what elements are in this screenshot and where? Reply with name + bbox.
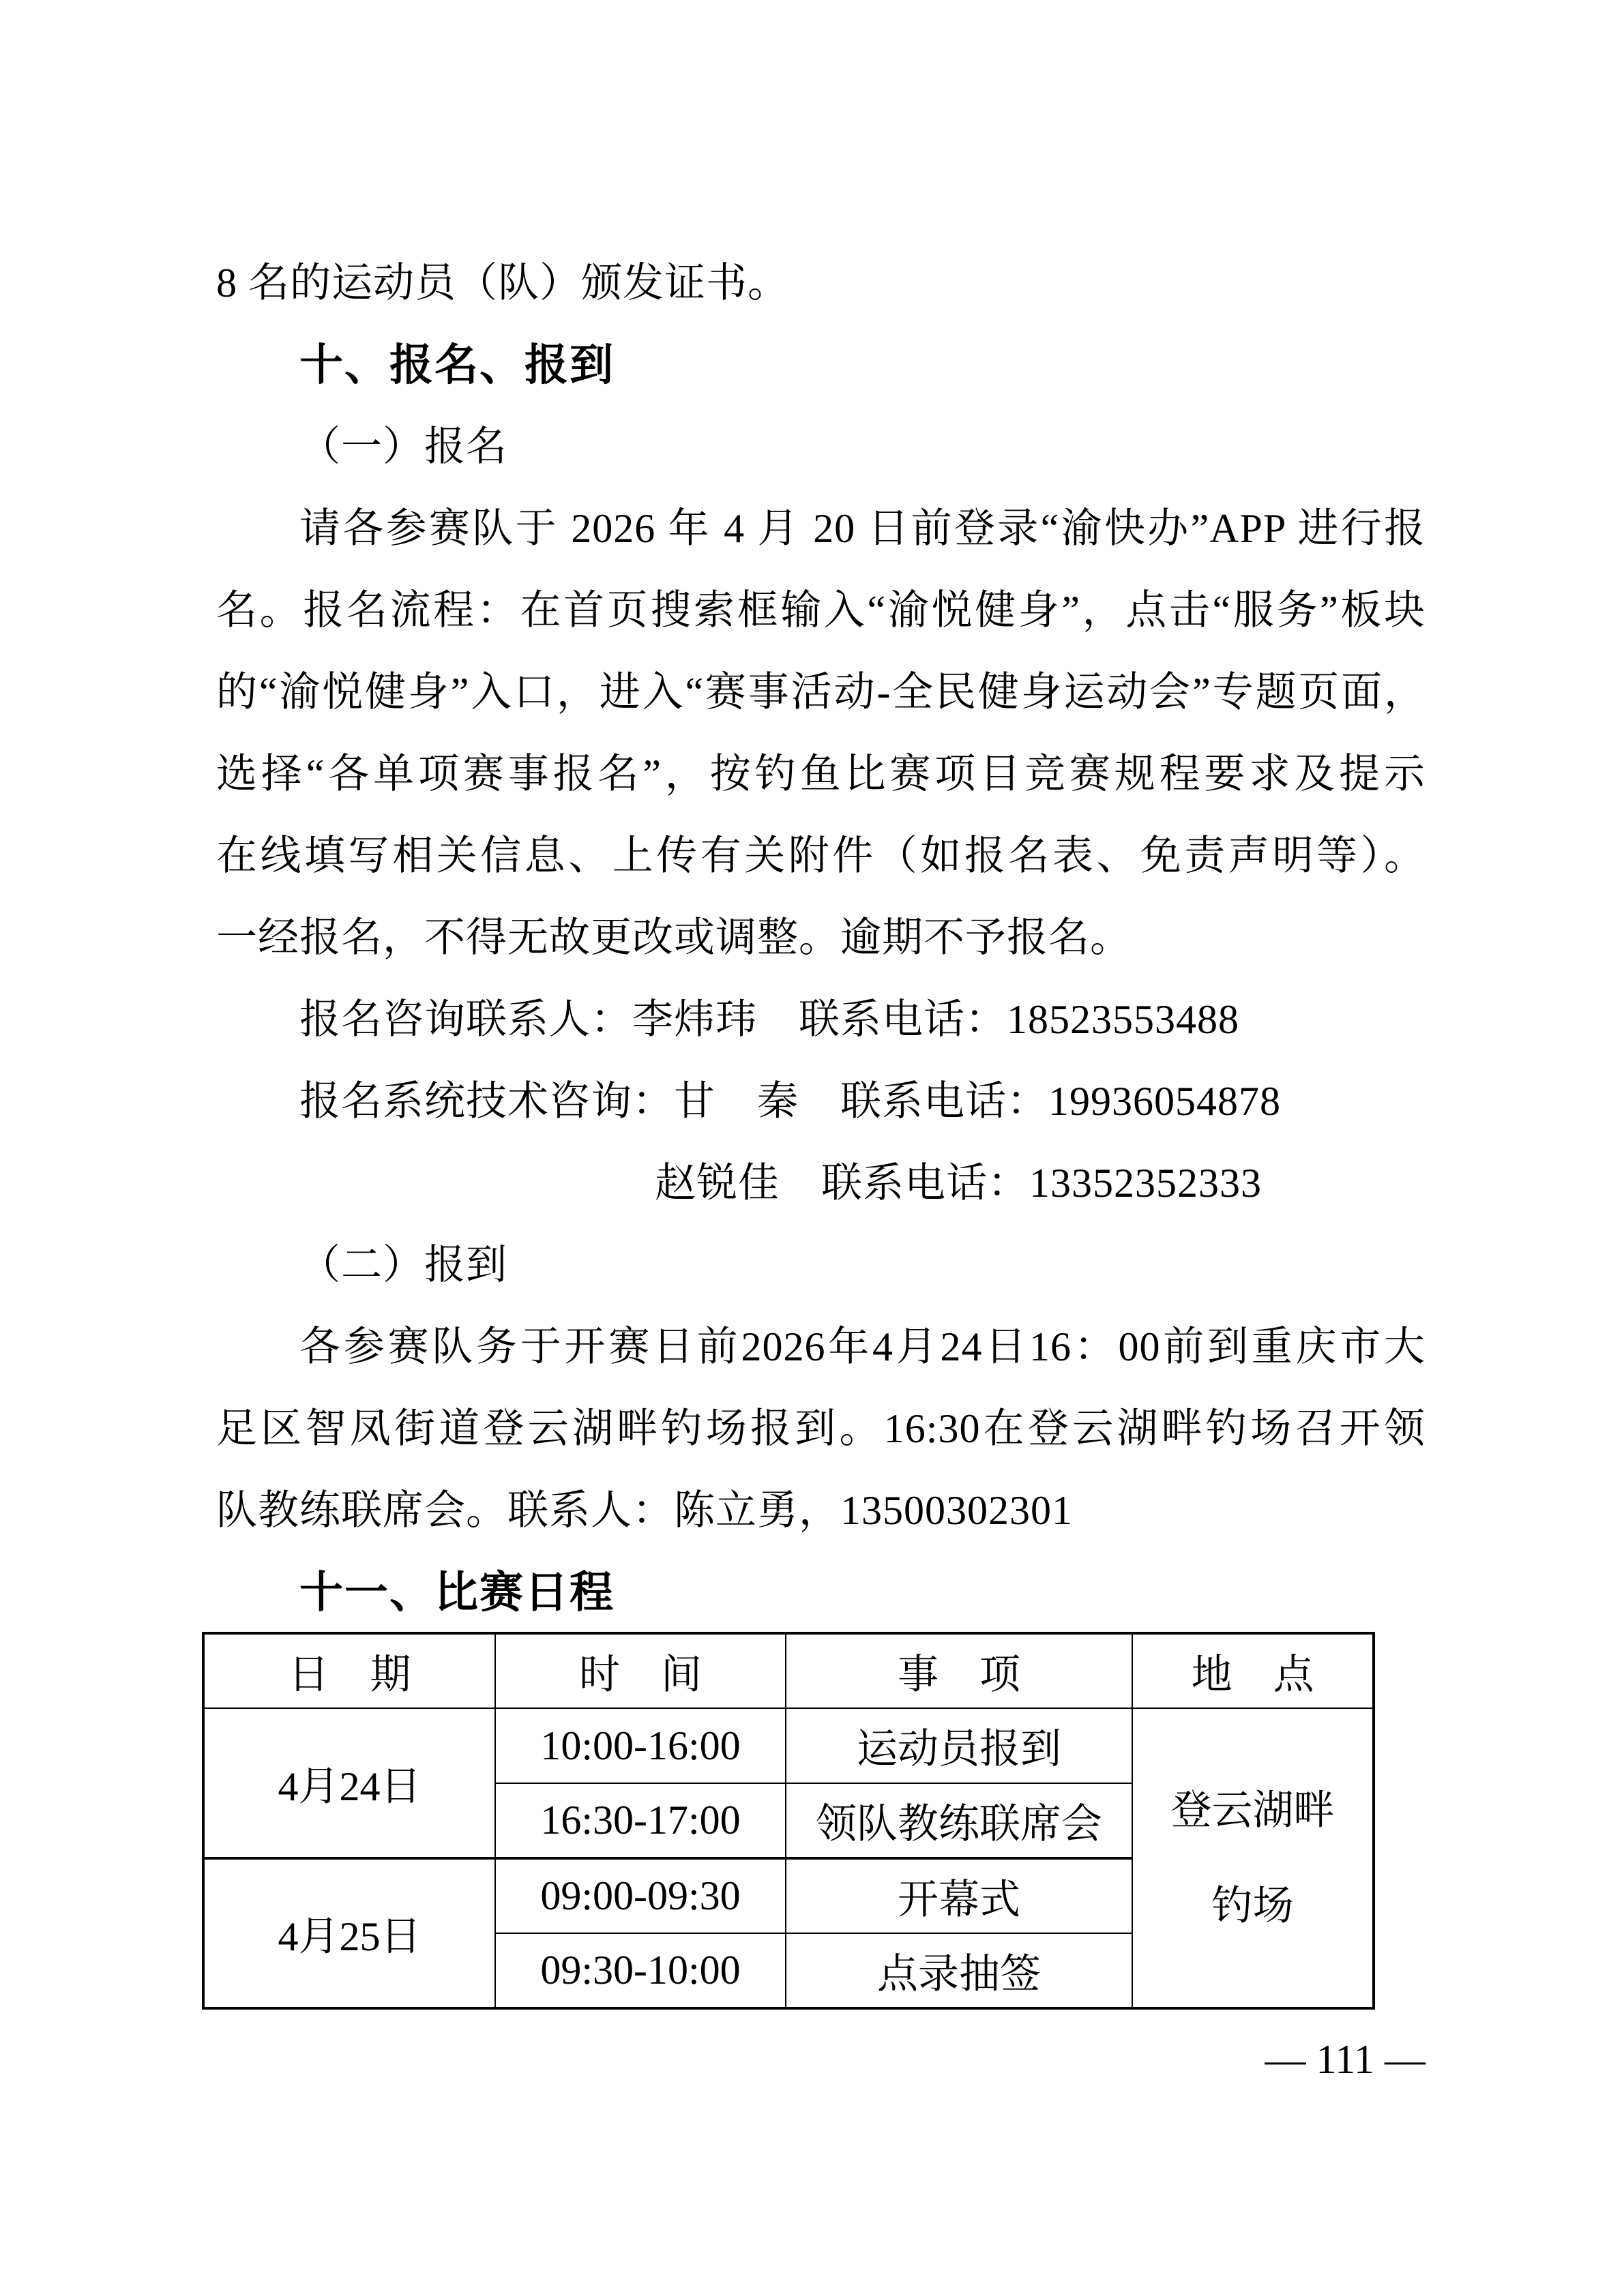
event-cell: 运动员报到 bbox=[786, 1708, 1132, 1783]
date-cell-april-25: 4月25日 bbox=[203, 1858, 495, 2008]
header-cell-location: 地 点 bbox=[1132, 1633, 1374, 1708]
event-cell: 点录抽签 bbox=[786, 1933, 1132, 2008]
schedule-table: 日 期 时 间 事 项 地 点 4月24日 10:00-16:00 运动员报到 … bbox=[202, 1632, 1375, 2010]
paragraph-line-registration-4: 选择“各单项赛事报名”，按钓鱼比赛项目竞赛规程要求及提示 bbox=[216, 733, 1426, 815]
location-line: 钓场 bbox=[1133, 1858, 1372, 1954]
paragraph-line-certificates: 8 名的运动员（队）颁发证书。 bbox=[216, 242, 1426, 324]
contact-line-system-support-2: 赵锐佳 联系电话：13352352333 bbox=[216, 1142, 1426, 1224]
date-cell-april-24: 4月24日 bbox=[203, 1708, 495, 1858]
document-page: 8 名的运动员（队）颁发证书。 十、报名、报到 （一）报名 请各参赛队于 202… bbox=[0, 0, 1624, 2296]
event-cell: 开幕式 bbox=[786, 1858, 1132, 1933]
document-body: 8 名的运动员（队）颁发证书。 十、报名、报到 （一）报名 请各参赛队于 202… bbox=[216, 242, 1426, 1633]
time-cell: 09:30-10:00 bbox=[495, 1933, 786, 2008]
header-cell-date: 日 期 bbox=[203, 1633, 495, 1708]
subsection-heading-registration: （一）报名 bbox=[216, 406, 1426, 488]
paragraph-line-registration-3: 的“渝悦健身”入口，进入“赛事活动-全民健身运动会”专题页面， bbox=[216, 651, 1426, 733]
paragraph-line-checkin-1: 各参赛队务于开赛日前2026年4月24日16：00前到重庆市大 bbox=[216, 1306, 1426, 1388]
section-heading-schedule: 十一、比赛日程 bbox=[216, 1551, 1426, 1633]
page-number: — 111 — bbox=[1265, 2032, 1426, 2087]
paragraph-line-registration-2: 名。报名流程：在首页搜索框输入“渝悦健身”，点击“服务”板块 bbox=[216, 569, 1426, 651]
contact-line-system-support-1: 报名系统技术咨询：甘 秦 联系电话：19936054878 bbox=[216, 1060, 1426, 1142]
location-line: 登云湖畔 bbox=[1133, 1763, 1372, 1858]
header-cell-event: 事 项 bbox=[786, 1633, 1132, 1708]
section-heading-registration-checkin: 十、报名、报到 bbox=[216, 324, 1426, 406]
time-cell: 09:00-09:30 bbox=[495, 1858, 786, 1933]
time-cell: 16:30-17:00 bbox=[495, 1783, 786, 1858]
paragraph-line-checkin-3: 队教练联席会。联系人：陈立勇，13500302301 bbox=[216, 1470, 1426, 1551]
location-cell: 登云湖畔 钓场 bbox=[1132, 1708, 1374, 2008]
subsection-heading-checkin: （二）报到 bbox=[216, 1224, 1426, 1306]
paragraph-line-checkin-2: 足区智凤街道登云湖畔钓场报到。16:30在登云湖畔钓场召开领 bbox=[216, 1388, 1426, 1470]
paragraph-line-registration-6: 一经报名，不得无故更改或调整。逾期不予报名。 bbox=[216, 897, 1426, 979]
header-cell-time: 时 间 bbox=[495, 1633, 786, 1708]
time-cell: 10:00-16:00 bbox=[495, 1708, 786, 1783]
contact-line-registration-consult: 报名咨询联系人：李炜玮 联系电话：18523553488 bbox=[216, 979, 1426, 1060]
event-cell: 领队教练联席会 bbox=[786, 1783, 1132, 1858]
paragraph-line-registration-5: 在线填写相关信息、上传有关附件（如报名表、免责声明等）。 bbox=[216, 815, 1426, 897]
paragraph-line-registration-1: 请各参赛队于 2026 年 4 月 20 日前登录“渝快办”APP 进行报 bbox=[216, 488, 1426, 569]
schedule-header-row: 日 期 时 间 事 项 地 点 bbox=[203, 1633, 1374, 1708]
table-row: 4月24日 10:00-16:00 运动员报到 登云湖畔 钓场 bbox=[203, 1708, 1374, 1783]
